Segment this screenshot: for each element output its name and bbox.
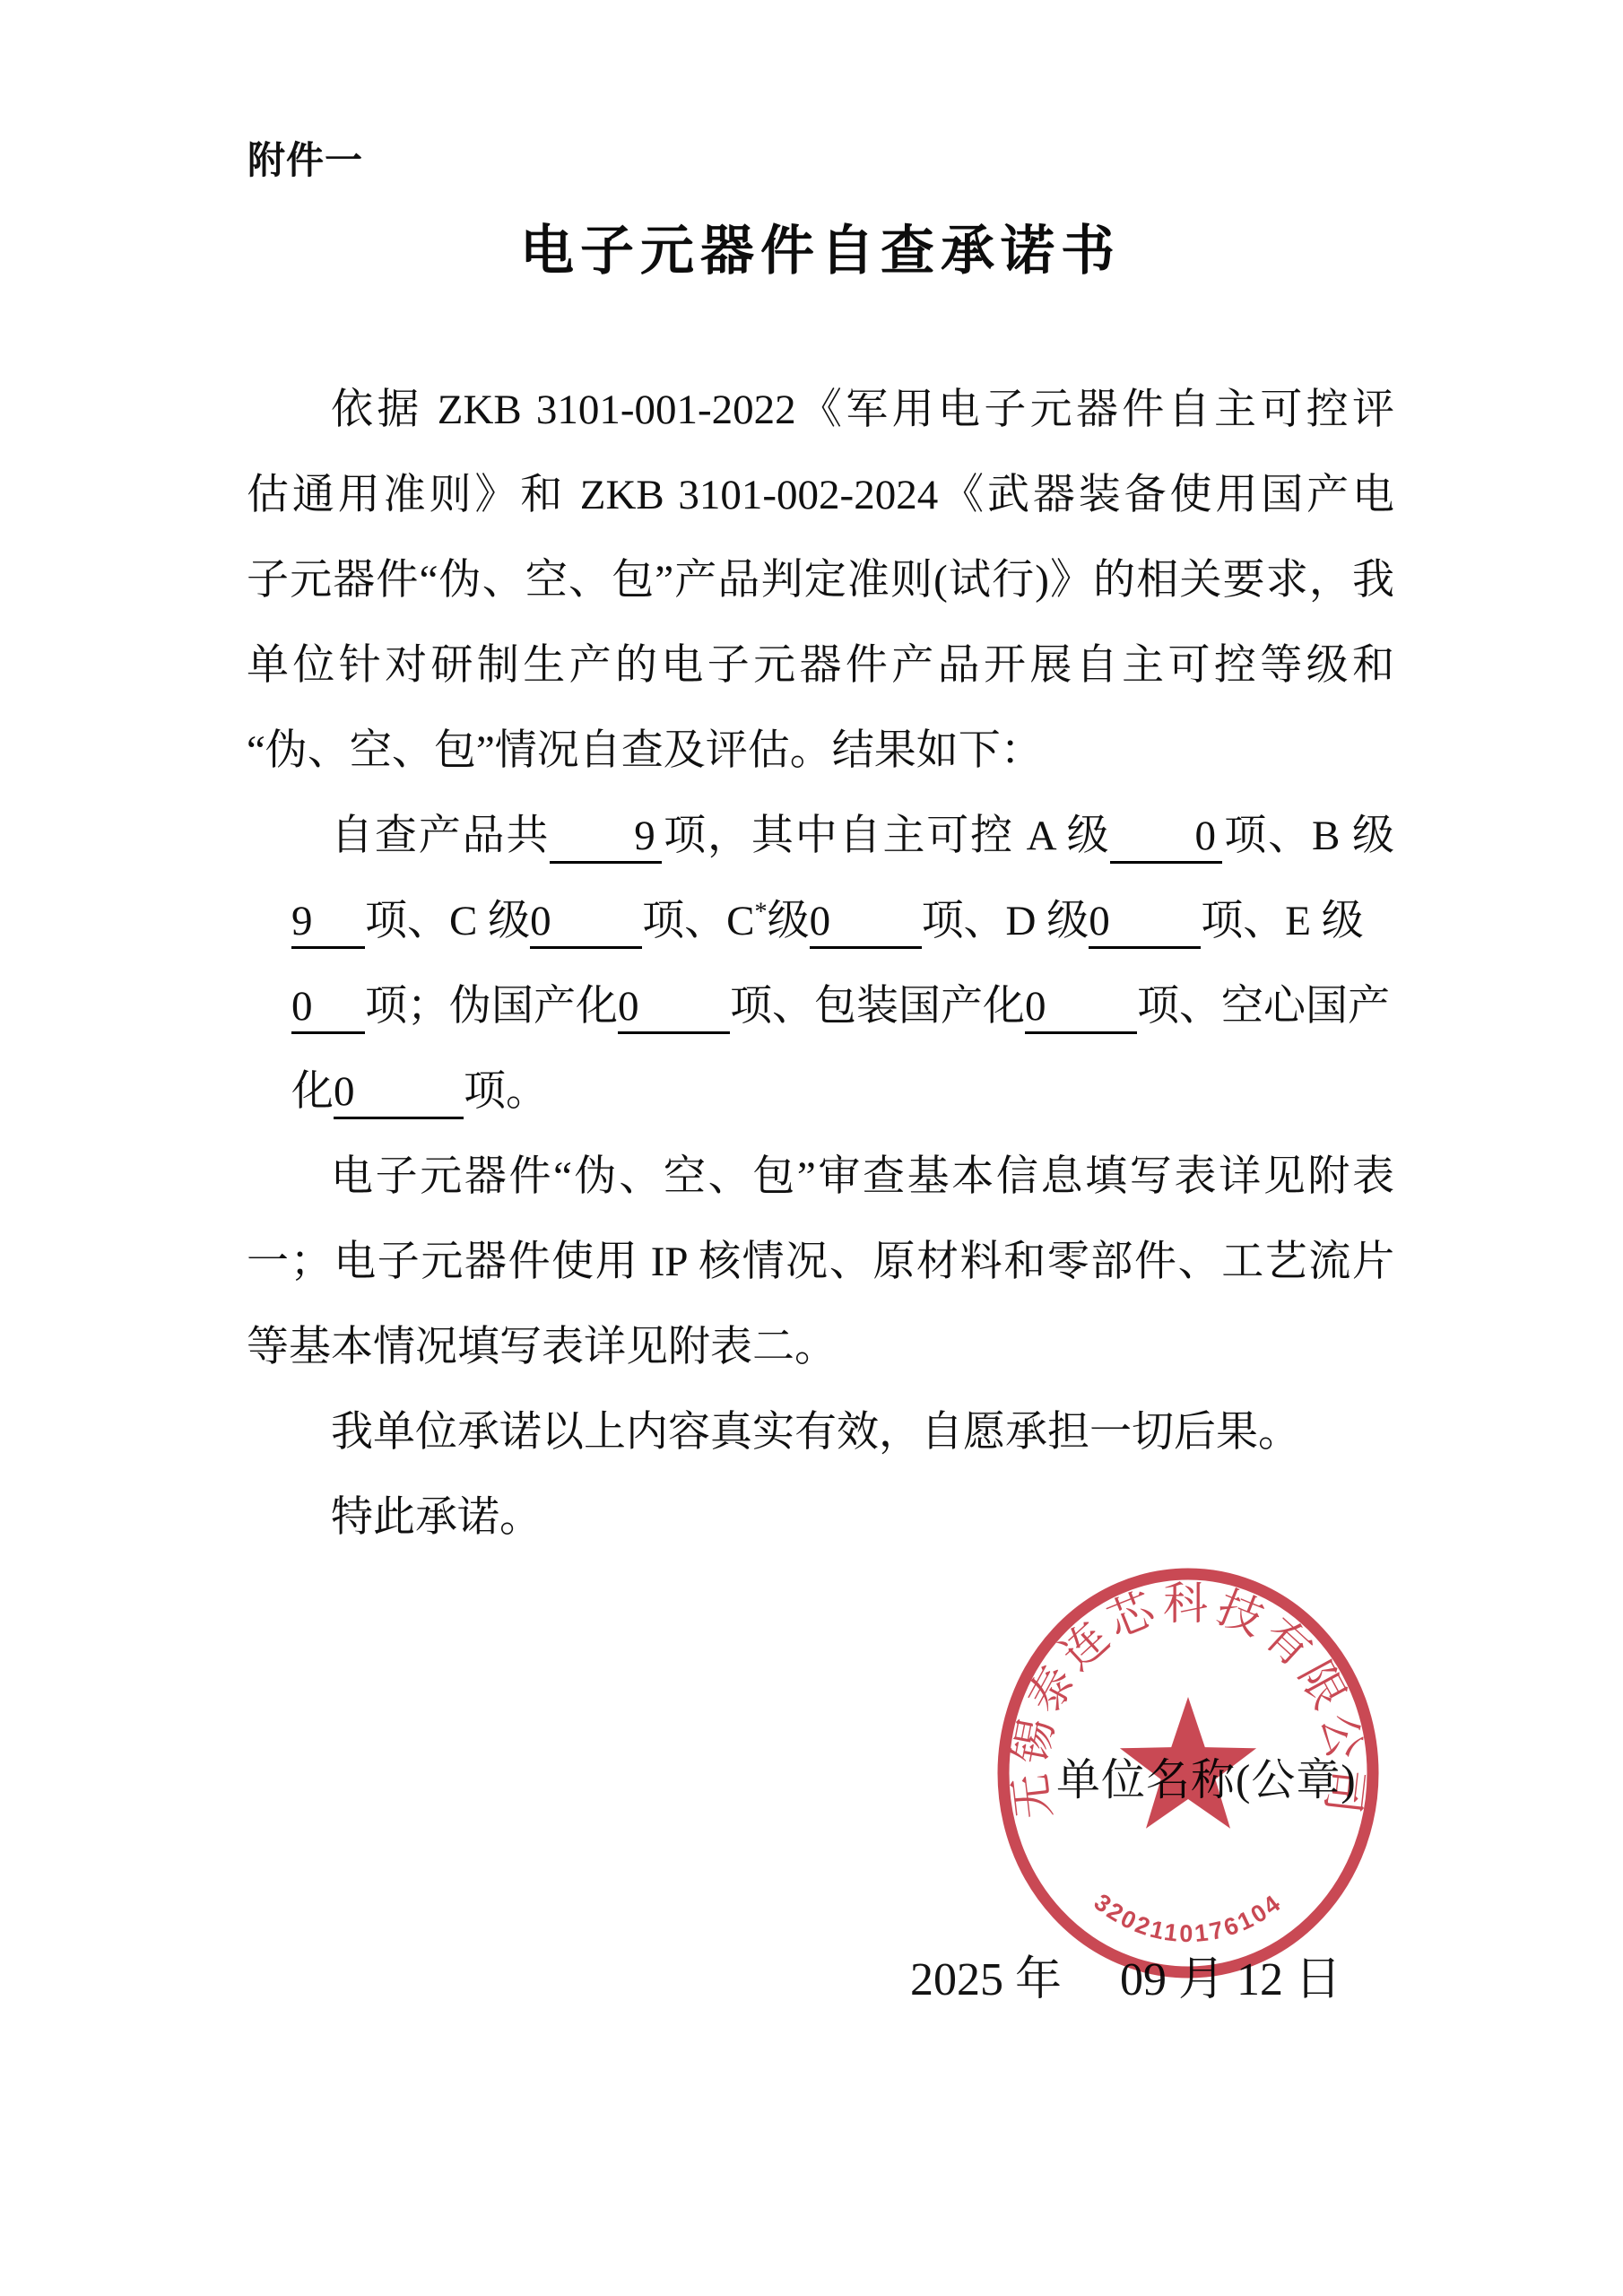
body-line-2: 估通用准则》和 ZKB 3101-002-2024《武器装备使用国产电	[247, 453, 1394, 538]
blank-grade-a-count: 0	[1110, 813, 1222, 864]
body-line-7: 9项、C 级0项、C*级0项、D 级0项、E 级	[247, 879, 1394, 964]
page-title: 电子元器件自查承诺书	[247, 208, 1394, 285]
text-segment: 自查产品共	[331, 813, 550, 859]
text-segment: 级	[768, 898, 810, 944]
blank-packaging-localization-count: 0	[1025, 984, 1137, 1034]
text-segment: 项，其中自主可控 A 级	[662, 813, 1110, 859]
body-text: 依据 ZKB 3101-001-2022《军用电子元器件自主可控评 估通用准则》…	[247, 368, 1394, 1561]
body-line-8: 0项；伪国产化0项、包装国产化0项、空心国产	[247, 964, 1394, 1049]
body-line-1: 依据 ZKB 3101-001-2022《军用电子元器件自主可控评	[247, 368, 1394, 453]
body-line-12: 等基本情况填写表详见附表二。	[247, 1305, 1394, 1390]
document-page: 附件一 电子元器件自查承诺书 依据 ZKB 3101-001-2022《军用电子…	[0, 0, 1623, 2296]
text-segment: 项、B 级	[1222, 813, 1394, 859]
blank-grade-cstar-count: 0	[810, 899, 922, 949]
text-segment: 项、D 级	[922, 898, 1089, 944]
body-line-9: 化0项。	[247, 1049, 1394, 1135]
text-segment: 项；伪国产化	[365, 983, 618, 1030]
body-line-5: “伪、空、包”情况自查及评估。结果如下：	[247, 709, 1394, 794]
blank-grade-d-count: 0	[1089, 899, 1201, 949]
blank-total-count: 9	[550, 813, 662, 864]
body-line-10: 电子元器件“伪、空、包”审查基本信息填写表详见附表	[247, 1135, 1394, 1220]
text-segment: 项、空心国产	[1137, 983, 1390, 1030]
text-segment: 项。	[464, 1068, 548, 1115]
blank-fake-localization-count: 0	[618, 984, 730, 1034]
body-line-14: 特此承诺。	[247, 1475, 1394, 1561]
text-segment: 项、C 级	[365, 898, 530, 944]
stamp-serial-number: 3202110176104	[1089, 1889, 1287, 1947]
company-seal-stamp: 无锡泰连芯科技有限公司 3202110176104	[991, 1562, 1385, 1984]
text-segment: 化	[291, 1068, 334, 1115]
blank-hollow-localization-count: 0	[334, 1069, 464, 1119]
star-icon	[1120, 1697, 1256, 1829]
body-line-6: 自查产品共9项，其中自主可控 A 级0项、B 级	[247, 794, 1394, 879]
body-line-3: 子元器件“伪、空、包”产品判定准则(试行)》的相关要求，我	[247, 538, 1394, 623]
blank-grade-b-count: 9	[291, 899, 365, 949]
text-segment: 项、包装国产化	[730, 983, 1025, 1030]
body-line-4: 单位针对研制生产的电子元器件产品开展自主可控等级和	[247, 623, 1394, 709]
text-segment: 项、C	[642, 898, 754, 944]
blank-grade-e-count: 0	[291, 984, 365, 1034]
text-segment: 项、E 级	[1201, 898, 1363, 944]
body-line-11: 一；电子元器件使用 IP 核情况、原材料和零部件、工艺流片	[247, 1220, 1394, 1305]
body-line-13: 我单位承诺以上内容真实有效，自愿承担一切后果。	[247, 1390, 1394, 1475]
superscript-asterisk: *	[754, 898, 767, 926]
attachment-label: 附件一	[247, 131, 363, 185]
blank-grade-c-count: 0	[530, 899, 642, 949]
